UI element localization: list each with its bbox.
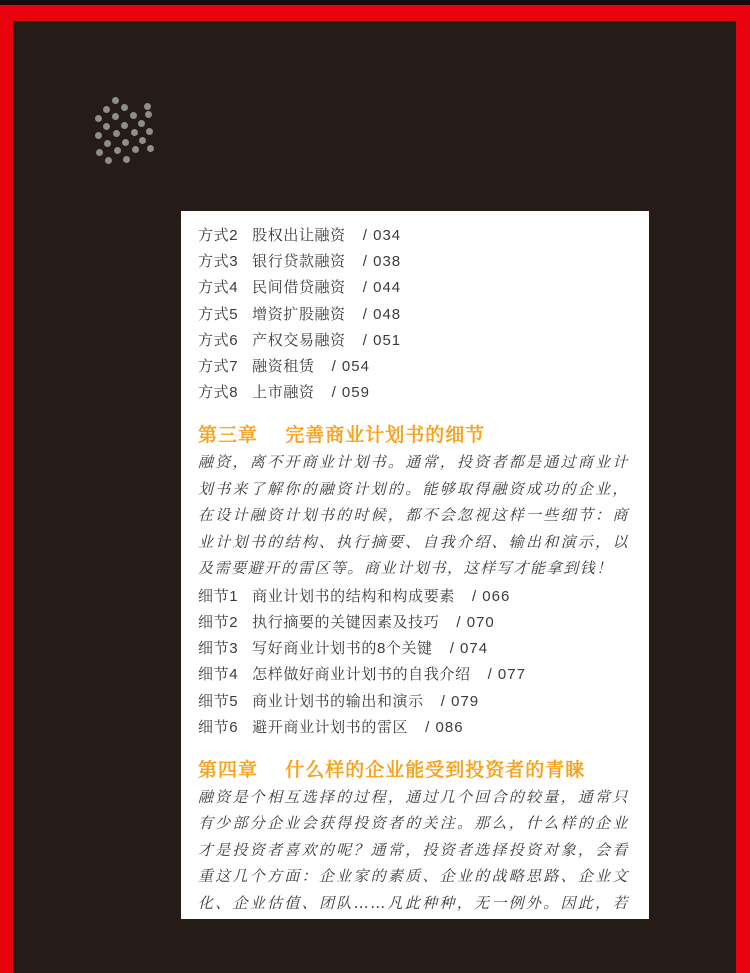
toc-label: 方式6 (198, 328, 238, 354)
toc-page-number: / 054 (332, 354, 370, 380)
frame-right-bar (736, 5, 750, 973)
toc-row: 方式5 增资扩股融资 / 048 (198, 302, 629, 328)
toc-page-number: / 034 (363, 223, 401, 249)
toc-page-number: / 079 (441, 689, 479, 715)
chapter-title: 什么样的企业能受到投资者的青睐 (285, 760, 585, 781)
chapter-4-intro: 融资是个相互选择的过程，通过几个回合的较量，通常只有少部分企业会获得投资者的关注… (198, 784, 629, 919)
toc-title: 银行贷款融资 (252, 249, 346, 275)
toc-label: 方式2 (198, 223, 238, 249)
toc-list-methods: 方式2 股权出让融资 / 034 方式3 银行贷款融资 / 038 方式4 民间… (198, 223, 629, 406)
chapter-3-intro: 融资，离不开商业计划书。通常，投资者都是通过商业计划书来了解你的融资计划的。能够… (198, 449, 629, 582)
toc-title: 商业计划书的输出和演示 (252, 689, 424, 715)
toc-label: 细节3 (198, 636, 238, 662)
toc-label: 细节4 (198, 662, 238, 688)
toc-row: 方式2 股权出让融资 / 034 (198, 223, 629, 249)
toc-row: 方式8 上市融资 / 059 (198, 380, 629, 406)
toc-card: 方式2 股权出让融资 / 034 方式3 银行贷款融资 / 038 方式4 民间… (181, 211, 649, 919)
toc-page-number: / 070 (456, 610, 494, 636)
dot-cluster-icon (95, 95, 157, 165)
chapter-4-heading: 第四章 什么样的企业能受到投资者的青睐 (198, 757, 629, 784)
toc-page-number: / 044 (363, 275, 401, 301)
toc-page-number: / 038 (363, 249, 401, 275)
toc-title: 写好商业计划书的8个关键 (252, 636, 433, 662)
chapter-label: 第三章 (198, 425, 258, 446)
book-toc-page: 方式2 股权出让融资 / 034 方式3 银行贷款融资 / 038 方式4 民间… (0, 0, 750, 973)
toc-title: 产权交易融资 (252, 328, 346, 354)
toc-list-details: 细节1 商业计划书的结构和构成要素 / 066 细节2 执行摘要的关键因素及技巧… (198, 584, 629, 741)
toc-page-number: / 077 (488, 662, 526, 688)
toc-row: 细节4 怎样做好商业计划书的自我介绍 / 077 (198, 662, 629, 688)
toc-label: 方式4 (198, 275, 238, 301)
toc-title: 民间借贷融资 (252, 275, 346, 301)
chapter-title: 完善商业计划书的细节 (285, 425, 485, 446)
toc-page-number: / 066 (472, 584, 510, 610)
toc-row: 方式6 产权交易融资 / 051 (198, 328, 629, 354)
toc-label: 细节6 (198, 715, 238, 741)
toc-title: 上市融资 (252, 380, 314, 406)
toc-label: 方式8 (198, 380, 238, 406)
toc-title: 怎样做好商业计划书的自我介绍 (252, 662, 470, 688)
toc-row: 细节3 写好商业计划书的8个关键 / 074 (198, 636, 629, 662)
toc-label: 方式5 (198, 302, 238, 328)
toc-label: 细节1 (198, 584, 238, 610)
toc-row: 细节6 避开商业计划书的雷区 / 086 (198, 715, 629, 741)
toc-title: 融资租赁 (252, 354, 314, 380)
toc-row: 细节2 执行摘要的关键因素及技巧 / 070 (198, 610, 629, 636)
toc-title: 股权出让融资 (252, 223, 346, 249)
toc-page-number: / 059 (332, 380, 370, 406)
frame-top-bar (0, 5, 750, 21)
toc-title: 增资扩股融资 (252, 302, 346, 328)
toc-row: 方式7 融资租赁 / 054 (198, 354, 629, 380)
frame-left-bar (0, 5, 13, 973)
toc-label: 方式3 (198, 249, 238, 275)
toc-title: 执行摘要的关键因素及技巧 (252, 610, 439, 636)
toc-row: 细节5 商业计划书的输出和演示 / 079 (198, 689, 629, 715)
toc-row: 细节1 商业计划书的结构和构成要素 / 066 (198, 584, 629, 610)
chapter-3-heading: 第三章 完善商业计划书的细节 (198, 422, 629, 449)
toc-page-number: / 074 (450, 636, 488, 662)
toc-label: 细节5 (198, 689, 238, 715)
toc-row: 方式3 银行贷款融资 / 038 (198, 249, 629, 275)
toc-page-number: / 051 (363, 328, 401, 354)
toc-page-number: / 048 (363, 302, 401, 328)
toc-row: 方式4 民间借贷融资 / 044 (198, 275, 629, 301)
toc-label: 细节2 (198, 610, 238, 636)
toc-label: 方式7 (198, 354, 238, 380)
toc-page-number: / 086 (425, 715, 463, 741)
toc-title: 商业计划书的结构和构成要素 (252, 584, 455, 610)
chapter-label: 第四章 (198, 760, 258, 781)
toc-title: 避开商业计划书的雷区 (252, 715, 408, 741)
